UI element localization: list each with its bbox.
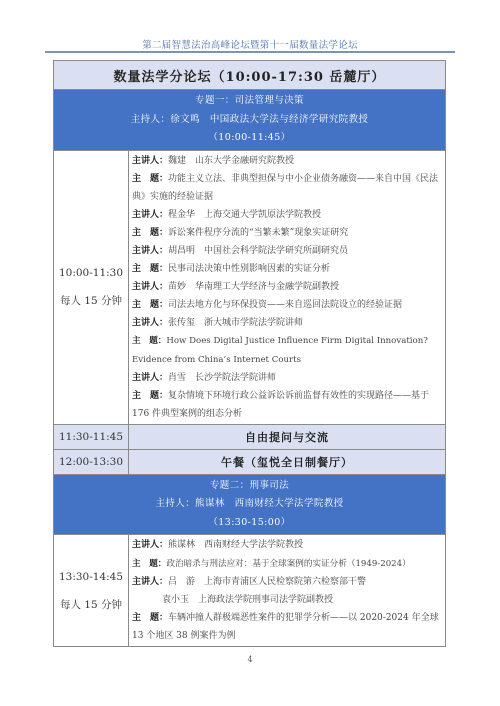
page-number: 4 — [0, 655, 500, 664]
talk-line: 主 题：司法去地方化与环保投资——来自巡回法院设立的经验证据 — [132, 296, 445, 314]
session-topic: 专题一：司法管理与决策 — [54, 92, 445, 111]
session-time-range: （13:30-15:00） — [54, 514, 445, 533]
talk-line: 主 题：政治暗杀与刑法应对：基于全球案例的实证分析（1949-2024） — [132, 555, 445, 573]
agenda-table: 数量法学分论坛（10:00-17:30 岳麓厅） 专题一：司法管理与决策 主持人… — [53, 60, 446, 647]
slot-note: 每人 15 分钟 — [54, 594, 128, 616]
break-time: 12:00-13:30 — [54, 449, 129, 474]
talk-line: 主讲人：苗妙 华南理工大学经济与金融学院副教授 — [132, 278, 445, 296]
slot-time: 13:30-14:45 — [59, 571, 123, 583]
talk-line: 主讲人：程金华 上海交通大学凯原法学院教授 — [132, 206, 445, 224]
session-time-range: （10:00-11:45） — [54, 129, 445, 148]
running-header: 第二届智慧法治高峰论坛暨第十一届数量法学论坛 — [0, 37, 500, 51]
break-time: 11:30-11:45 — [54, 424, 129, 449]
talks-cell: 主讲人：熊谋林 西南财经大学法学院教授 主 题：政治暗杀与刑法应对：基于全球案例… — [129, 535, 446, 647]
session-header-row: 专题二：刑事司法 主持人：熊谋林 西南财经大学法学院教授 （13:30-15:0… — [54, 474, 446, 535]
talks-cell: 主讲人：魏建 山东大学金融研究院教授 主 题：功能主义立法、非典型担保与中小企业… — [129, 150, 446, 424]
talk-line: 主 题：车辆冲撞人群极端恶性案件的犯罪学分析——以 2020-2024 年全球 … — [132, 609, 445, 645]
session-talks-row: 10:00-11:30 每人 15 分钟 主讲人：魏建 山东大学金融研究院教授 … — [54, 150, 446, 424]
session-host: 主持人：熊谋林 西南财经大学法学院教授 — [54, 495, 445, 514]
talk-line: 主 题：功能主义立法、非典型担保与中小企业债务融资——来自中国《民法典》实施的经… — [132, 170, 445, 206]
slot-time: 10:00-11:30 — [59, 267, 123, 279]
session-talks-row: 13:30-14:45 每人 15 分钟 主讲人：熊谋林 西南财经大学法学院教授… — [54, 535, 446, 647]
session-header: 专题一：司法管理与决策 主持人：徐文鸣 中国政法大学法与经济学研究院教授 （10… — [54, 90, 446, 151]
talk-line: 主讲人：肖雪 长沙学院法学院讲师 — [132, 369, 445, 387]
forum-title: 数量法学分论坛（10:00-17:30 岳麓厅） — [54, 61, 446, 90]
forum-title-row: 数量法学分论坛（10:00-17:30 岳麓厅） — [54, 61, 446, 90]
slot-time-cell: 13:30-14:45 每人 15 分钟 — [54, 535, 129, 647]
talk-line: 主 题：诉讼案件程序分流的“当繁未繁”现象实证研究 — [132, 224, 445, 242]
break-row: 11:30-11:45 自由提问与交流 — [54, 424, 446, 449]
slot-note: 每人 15 分钟 — [54, 290, 128, 312]
session-topic: 专题二：刑事司法 — [54, 477, 445, 496]
talk-line: 主讲人：胡昌明 中国社会科学院法学研究所副研究员 — [132, 242, 445, 260]
talk-line: 袁小玉 上海政法学院刑事司法学院副教授 — [132, 591, 445, 609]
break-content: 午餐（玺悦全日制餐厅） — [129, 449, 446, 474]
talk-line: 主讲人：吕 游 上海市青浦区人民检察院第六检察部干警 — [132, 573, 445, 591]
break-row: 12:00-13:30 午餐（玺悦全日制餐厅） — [54, 449, 446, 474]
talk-line: 主讲人：张传玺 浙大城市学院法学院讲师 — [132, 314, 445, 332]
header-rule — [45, 51, 455, 53]
session-header-row: 专题一：司法管理与决策 主持人：徐文鸣 中国政法大学法与经济学研究院教授 （10… — [54, 90, 446, 151]
talk-line: 主 题：How Does Digital Justice Influence F… — [132, 332, 445, 368]
break-content: 自由提问与交流 — [129, 424, 446, 449]
talk-line: 主讲人：魏建 山东大学金融研究院教授 — [132, 152, 445, 170]
talk-line: 主 题：复杂情境下环境行政公益诉讼诉前监督有效性的实现路径——基于 176 件典… — [132, 387, 445, 423]
session-host: 主持人：徐文鸣 中国政法大学法与经济学研究院教授 — [54, 111, 445, 130]
talk-line: 主讲人：熊谋林 西南财经大学法学院教授 — [132, 536, 445, 554]
slot-time-cell: 10:00-11:30 每人 15 分钟 — [54, 150, 129, 424]
talk-line: 主 题：民事司法决策中性别影响因素的实证分析 — [132, 260, 445, 278]
session-header: 专题二：刑事司法 主持人：熊谋林 西南财经大学法学院教授 （13:30-15:0… — [54, 474, 446, 535]
